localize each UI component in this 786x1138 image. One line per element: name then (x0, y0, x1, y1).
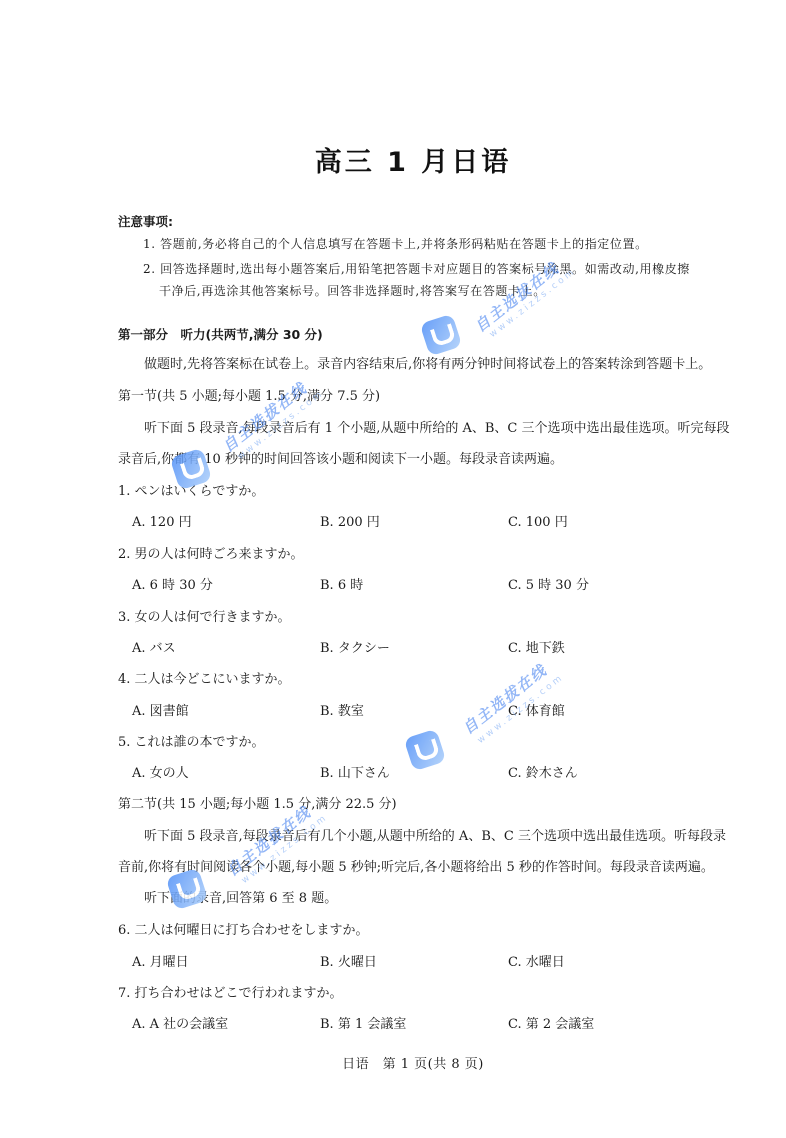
question-stem: 4. 二人は今どこにいますか。 (118, 672, 291, 688)
option-a: A. 女の人 (132, 766, 189, 782)
question-stem: 1. ペンはいくらですか。 (118, 484, 264, 500)
option-c: C. 鈴木さん (508, 766, 578, 782)
option-a: A. 6 時 30 分 (132, 578, 213, 594)
option-c: C. 5 時 30 分 (508, 578, 589, 594)
option-a: A. 月曜日 (132, 955, 189, 971)
section1-instruction: 听下面 5 段录音,每段录音后有 1 个小题,从题中所给的 A、B、C 三个选项… (144, 421, 730, 437)
section2-heading: 第二节(共 15 小题;每小题 1.5 分,满分 22.5 分) (118, 797, 397, 813)
option-b: B. 200 円 (320, 515, 380, 531)
watermark-url: www.zizzs.com (488, 266, 578, 339)
question-stem: 7. 打ち合わせはどこで行われますか。 (118, 986, 343, 1002)
section2-instruction: 听下面 5 段录音,每段录音后有几个小题,从题中所给的 A、B、C 三个选项中选… (144, 829, 726, 845)
option-c: C. 100 円 (508, 515, 568, 531)
question-stem: 2. 男の人は何時ごろ来ますか。 (118, 547, 304, 563)
option-c: C. 地下鉄 (508, 641, 565, 657)
option-c: C. 第 2 会議室 (508, 1017, 594, 1033)
question-stem: 3. 女の人は何で行きますか。 (118, 610, 291, 626)
watermark-logo-icon (420, 314, 463, 357)
watermark-logo-icon (404, 729, 447, 772)
watermark-text: 自主选拔在线 (458, 659, 551, 738)
section1-heading: 第一节(共 5 小题;每小题 1.5 分,满分 7.5 分) (118, 389, 380, 405)
part1-heading: 第一部分 听力(共两节,满分 30 分) (118, 327, 323, 343)
option-b: B. 第 1 会議室 (320, 1017, 406, 1033)
section2-sub-instruction: 听下面的录音,回答第 6 至 8 题。 (144, 891, 337, 907)
exam-page: 高三 1 月日语 注意事项: 1. 答题前,务必将自己的个人信息填写在答题卡上,… (0, 0, 786, 1138)
page-footer: 日语 第 1 页(共 8 页) (0, 1053, 786, 1072)
option-b: B. 教室 (320, 704, 364, 720)
option-b: B. 山下さん (320, 766, 390, 782)
option-a: A. A 社の会議室 (132, 1017, 228, 1033)
option-a: A. 120 円 (132, 515, 192, 531)
option-a: A. 図書館 (132, 704, 189, 720)
option-c: C. 水曜日 (508, 955, 565, 971)
option-a: A. バス (132, 641, 176, 657)
option-b: B. 火曜日 (320, 955, 377, 971)
option-b: B. タクシー (320, 641, 390, 657)
part1-instruction: 做题时,先将答案标在试卷上。录音内容结束后,你将有两分钟时间将试卷上的答案转涂到… (144, 357, 711, 373)
section2-instruction-continued: 音前,你将有时间阅读各个小题,每小题 5 秒钟;听完后,各小题将给出 5 秒的作… (118, 860, 714, 876)
section1-instruction-continued: 录音后,你都有 10 秒钟的时间回答该小题和阅读下一小题。每段录音读两遍。 (118, 452, 563, 468)
option-b: B. 6 時 (320, 578, 363, 594)
question-stem: 6. 二人は何曜日に打ち合わせをしますか。 (118, 923, 369, 939)
notice-heading: 注意事项: (118, 214, 173, 230)
notice-item: 1. 答题前,务必将自己的个人信息填写在答题卡上,并将条形码粘贴在答题卡上的指定… (143, 236, 648, 252)
option-c: C. 体育館 (508, 704, 565, 720)
question-stem: 5. これは誰の本ですか。 (118, 735, 265, 751)
page-title: 高三 1 月日语 (0, 140, 786, 179)
notice-item-continued: 干净后,再选涂其他答案标号。回答非选择题时,将答案写在答题卡上。 (159, 283, 546, 299)
notice-item: 2. 回答选择题时,选出每小题答案后,用铅笔把答题卡对应题目的答案标号涂黑。如需… (143, 261, 690, 277)
